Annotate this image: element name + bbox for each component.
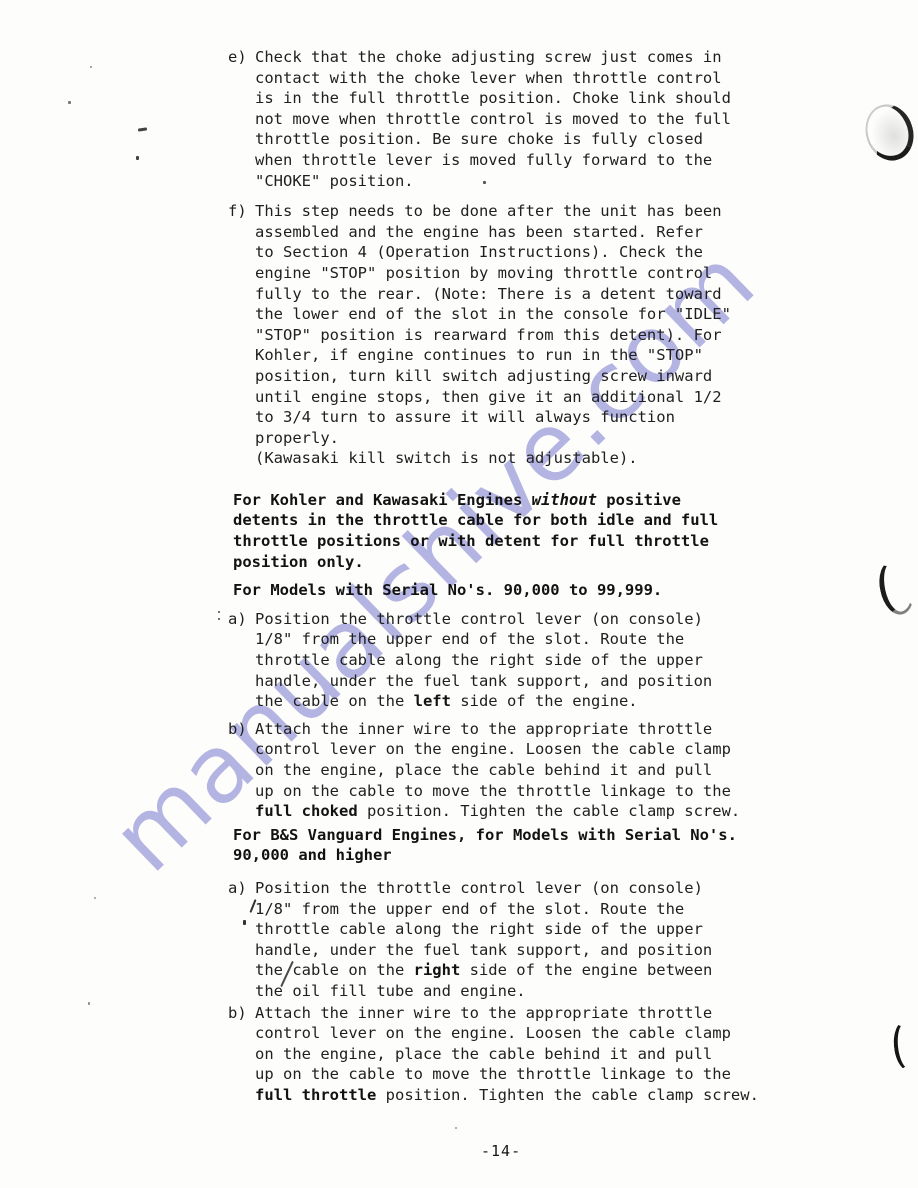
text-line: not move when throttle control is moved …: [255, 109, 793, 130]
text-line: to Section 4 (Operation Instructions). C…: [255, 242, 793, 263]
text-line: to 3/4 turn to assure it will always fun…: [255, 407, 793, 428]
text-line: the oil fill tube and engine.: [255, 981, 793, 1002]
text-line: up on the cable to move the throttle lin…: [255, 1064, 793, 1085]
text-line: assembled and the engine has been starte…: [255, 222, 793, 243]
text-line: 1/8" from the upper end of the slot. Rou…: [255, 899, 793, 920]
text-line: throttle cable along the right side of t…: [255, 650, 793, 671]
scan-speck: [218, 611, 220, 613]
text-line: is in the full throttle position. Choke …: [255, 88, 793, 109]
scan-artifact-ring-top-right: [858, 98, 918, 167]
item-b-kohler: b)Attach the inner wire to the appropria…: [228, 719, 793, 822]
scan-speck: [94, 897, 96, 899]
text-line: throttle cable along the right side of t…: [255, 919, 793, 940]
scan-speck: [138, 127, 147, 131]
page-number: -14-: [481, 1142, 521, 1160]
text-line: properly.: [255, 428, 793, 449]
text-line: Attach the inner wire to the appropriate…: [255, 719, 793, 740]
item-a-kohler: a)Position the throttle control lever (o…: [228, 609, 793, 712]
text-line: on the engine, place the cable behind it…: [255, 760, 793, 781]
scan-artifact-crescent-mid-right: [875, 557, 918, 618]
text-line: the cable on the right side of the engin…: [255, 960, 793, 981]
text-line: detents in the throttle cable for both i…: [233, 510, 793, 531]
text-line: until engine stops, then give it an addi…: [255, 387, 793, 408]
item-f: f)This step needs to be done after the u…: [228, 201, 793, 469]
text-line: position, turn kill switch adjusting scr…: [255, 366, 793, 387]
text-line: For Kohler and Kawasaki Engines without …: [233, 490, 793, 511]
text-line: Attach the inner wire to the appropriate…: [255, 1003, 793, 1024]
scan-speck: [88, 1002, 90, 1005]
text-line: For Models with Serial No's. 90,000 to 9…: [233, 580, 793, 601]
text-line: "STOP" position is rearward from this de…: [255, 325, 793, 346]
list-item-label: a): [228, 609, 247, 630]
list-item-label: a): [228, 878, 247, 899]
text-line: Kohler, if engine continues to run in th…: [255, 345, 793, 366]
text-line: Check that the choke adjusting screw jus…: [255, 47, 793, 68]
scan-speck: [90, 66, 92, 68]
scan-artifact-crescent-bottom-right: [891, 1020, 918, 1072]
text-line: engine "STOP" position by moving throttl…: [255, 263, 793, 284]
list-item-label: f): [228, 201, 247, 222]
text-line: full choked position. Tighten the cable …: [255, 801, 793, 822]
heading-kohler-kawasaki: For Kohler and Kawasaki Engines without …: [228, 490, 793, 572]
text-line: control lever on the engine. Loosen the …: [255, 1023, 793, 1044]
scan-speck: [218, 618, 220, 620]
item-e: e)Check that the choke adjusting screw j…: [228, 47, 793, 191]
scan-speck: [68, 101, 71, 104]
text-line: For B&S Vanguard Engines, for Models wit…: [233, 825, 793, 846]
list-item-label: b): [228, 1003, 247, 1024]
text-line: Position the throttle control lever (on …: [255, 609, 793, 630]
scan-speck: [455, 1127, 457, 1129]
text-line: full throttle position. Tighten the cabl…: [255, 1085, 793, 1106]
text-line: handle, under the fuel tank support, and…: [255, 940, 793, 961]
text-line: Position the throttle control lever (on …: [255, 878, 793, 899]
scan-speck: [243, 920, 246, 925]
list-item-label: b): [228, 719, 247, 740]
text-line: (Kawasaki kill switch is not adjustable)…: [255, 448, 793, 469]
item-b-vanguard: b)Attach the inner wire to the appropria…: [228, 1003, 793, 1106]
text-line: This step needs to be done after the uni…: [255, 201, 793, 222]
text-line: 90,000 and higher: [233, 845, 793, 866]
text-line: the cable on the left side of the engine…: [255, 691, 793, 712]
text-line: 1/8" from the upper end of the slot. Rou…: [255, 629, 793, 650]
item-a-vanguard: a)Position the throttle control lever (o…: [228, 878, 793, 1002]
document-page: manualshive.com e)Check that the choke a…: [0, 0, 918, 1188]
text-line: when throttle lever is moved fully forwa…: [255, 150, 793, 171]
text-line: control lever on the engine. Loosen the …: [255, 739, 793, 760]
text-blocks: e)Check that the choke adjusting screw j…: [228, 47, 793, 1116]
text-line: the lower end of the slot in the console…: [255, 304, 793, 325]
heading-bs-vanguard: For B&S Vanguard Engines, for Models wit…: [228, 825, 793, 866]
heading-serial-90000-99999: For Models with Serial No's. 90,000 to 9…: [228, 580, 793, 601]
list-item-label: e): [228, 47, 247, 68]
text-line: "CHOKE" position.: [255, 171, 793, 192]
text-line: throttle positions or with detent for fu…: [233, 531, 793, 552]
text-line: contact with the choke lever when thrott…: [255, 68, 793, 89]
scan-speck: [136, 156, 139, 160]
text-line: fully to the rear. (Note: There is a det…: [255, 284, 793, 305]
text-line: throttle position. Be sure choke is full…: [255, 129, 793, 150]
text-line: on the engine, place the cable behind it…: [255, 1044, 793, 1065]
scan-speck: [483, 181, 486, 184]
text-line: position only.: [233, 552, 793, 573]
text-line: up on the cable to move the throttle lin…: [255, 781, 793, 802]
text-line: handle, under the fuel tank support, and…: [255, 671, 793, 692]
